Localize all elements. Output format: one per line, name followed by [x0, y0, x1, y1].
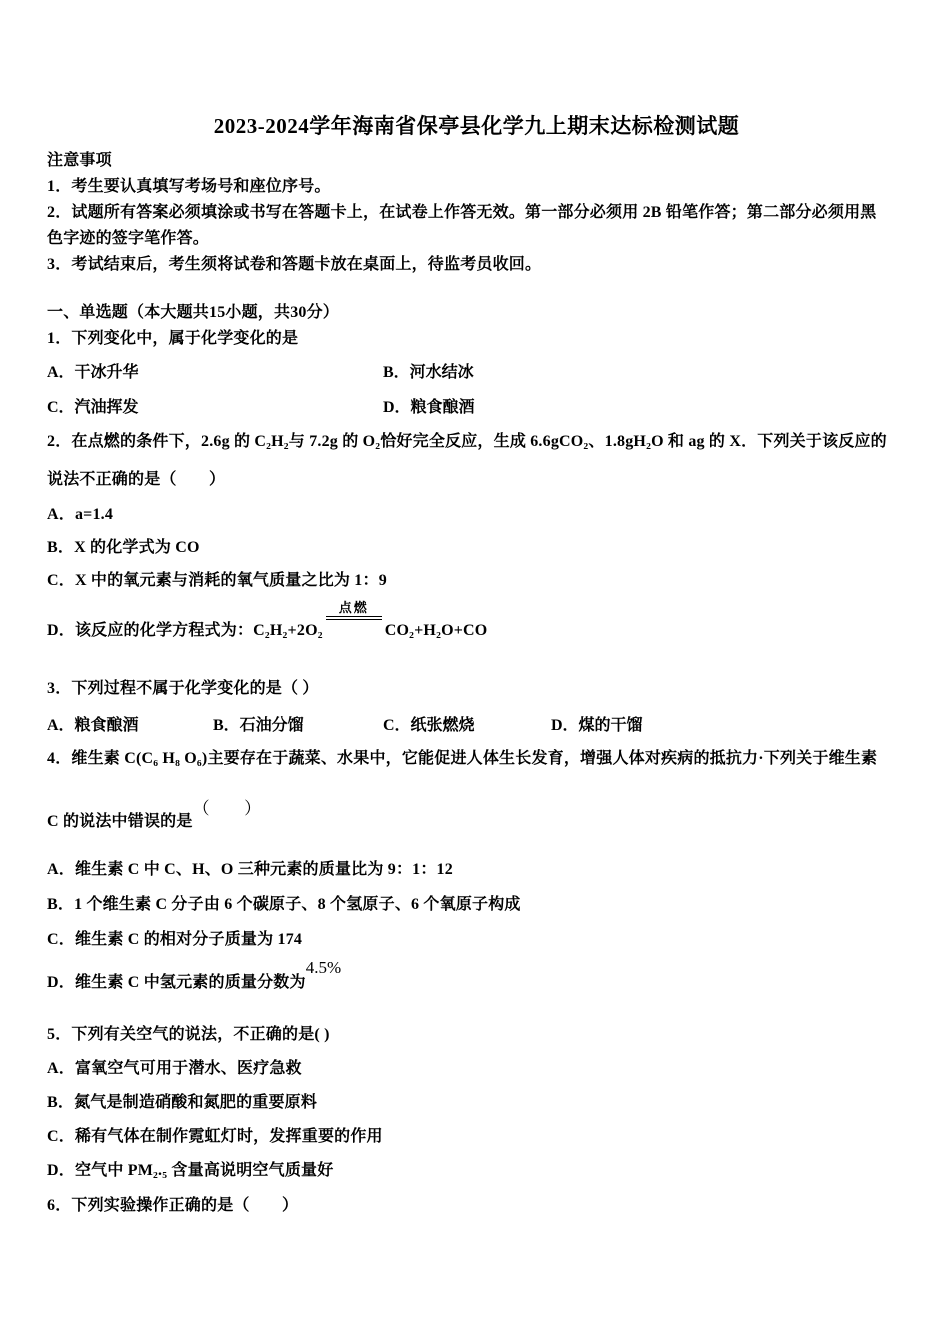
question-4: 4．维生素 C(C₆ H₈ O₆)主要存在于蔬菜、水果中，它能促进人体生长发育，… [47, 746, 906, 996]
notice-item-2-line-2: 色字迹的签字笔作答。 [47, 226, 906, 252]
question-5-option-d: D．空气中 PM₂.₅ 含量高说明空气质量好 [47, 1158, 906, 1184]
question-3-option-d: D．煤的干馏 [551, 713, 906, 739]
question-5-option-b: B．氮气是制造硝酸和氮肥的重要原料 [47, 1090, 906, 1116]
question-1-option-a: A．干冰升华 [47, 360, 383, 386]
question-4-option-a: A．维生素 C 中 C、H、O 三种元素的质量比为 9：1：12 [47, 857, 906, 883]
question-5: 5．下列有关空气的说法，不正确的是( ) A．富氧空气可用于潜水、医疗急救 B．… [47, 1022, 906, 1184]
question-4-option-d-text: D．维生素 C 中氢元素的质量分数为 [47, 974, 306, 991]
question-2-option-d-equation-right: CO₂+H₂O+CO [385, 622, 488, 639]
question-3-stem: 3．下列过程不属于化学变化的是（ ） [47, 676, 906, 702]
question-2-option-d-equation-left: D．该反应的化学方程式为：C₂H₂+2O₂ [47, 622, 323, 639]
notice-item-1: 1．考生要认真填写考场号和座位序号。 [47, 174, 906, 200]
question-4-option-d-value: 4.5% [306, 958, 341, 977]
question-1-options-row-1: A．干冰升华 B．河水结冰 [47, 360, 906, 386]
equation-double-line [326, 616, 382, 620]
question-4-answer-parens: （ ） [193, 799, 262, 818]
question-4-stem-line-2: C 的说法中错误的是（ ） [47, 808, 906, 835]
question-4-stem-line-1: 4．维生素 C(C₆ H₈ O₆)主要存在于蔬菜、水果中，它能促进人体生长发育，… [47, 746, 906, 772]
question-1-option-b: B．河水结冰 [383, 360, 906, 386]
question-1-options-row-2: C．汽油挥发 D．粮食酿酒 [47, 395, 906, 421]
question-2: 2．在点燃的条件下，2.6g 的 C₂H₂与 7.2g 的 O₂恰好完全反应，生… [47, 423, 906, 644]
question-2-option-a: A．a=1.4 [47, 502, 906, 528]
notice-section: 注意事项 1．考生要认真填写考场号和座位序号。 2．试题所有答案必须填涂或书写在… [47, 148, 906, 278]
question-6-stem: 6．下列实验操作正确的是（ ） [47, 1193, 906, 1219]
question-6: 6．下列实验操作正确的是（ ） [47, 1193, 906, 1219]
question-4-stem-line-2-text: C 的说法中错误的是 [47, 813, 193, 830]
question-5-option-a: A．富氧空气可用于潜水、医疗急救 [47, 1056, 906, 1082]
notice-heading: 注意事项 [47, 148, 906, 174]
question-5-option-c: C．稀有气体在制作霓虹灯时，发挥重要的作用 [47, 1124, 906, 1150]
question-4-option-b: B．1 个维生素 C 分子由 6 个碳原子、8 个氢原子、6 个氧原子构成 [47, 892, 906, 918]
question-1-stem: 1．下列变化中，属于化学变化的是 [47, 326, 906, 352]
question-1-option-c: C．汽油挥发 [47, 395, 383, 421]
question-2-option-c: C．X 中的氧元素与消耗的氧气质量之比为 1：9 [47, 568, 906, 594]
question-1: 1．下列变化中，属于化学变化的是 A．干冰升华 B．河水结冰 C．汽油挥发 D．… [47, 326, 906, 421]
question-2-option-b: B．X 的化学式为 CO [47, 535, 906, 561]
question-2-option-d: D．该反应的化学方程式为：C₂H₂+2O₂点燃CO₂+H₂O+CO [47, 615, 906, 644]
question-1-option-d: D．粮食酿酒 [383, 395, 906, 421]
question-4-option-d: D．维生素 C 中氢元素的质量分数为4.5% [47, 969, 906, 996]
question-3-option-b: B．石油分馏 [213, 713, 383, 739]
question-2-stem-line-2: 说法不正确的是（ ） [47, 461, 906, 499]
question-3-option-c: C．纸张燃烧 [383, 713, 551, 739]
question-3: 3．下列过程不属于化学变化的是（ ） A．粮食酿酒 B．石油分馏 C．纸张燃烧 … [47, 676, 906, 739]
question-2-stem-line-1: 2．在点燃的条件下，2.6g 的 C₂H₂与 7.2g 的 O₂恰好完全反应，生… [47, 423, 906, 461]
equation-condition-label: 点燃 [326, 600, 382, 616]
question-3-options: A．粮食酿酒 B．石油分馏 C．纸张燃烧 D．煤的干馏 [47, 713, 906, 739]
question-3-option-a: A．粮食酿酒 [47, 713, 213, 739]
page-title: 2023-2024学年海南省保亭县化学九上期末达标检测试题 [47, 111, 906, 141]
equation-condition-over-equals: 点燃 [326, 600, 382, 620]
exam-paper-page: 2023-2024学年海南省保亭县化学九上期末达标检测试题 注意事项 1．考生要… [0, 0, 950, 1344]
notice-item-2-line-1: 2．试题所有答案必须填涂或书写在答题卡上，在试卷上作答无效。第一部分必须用 2B… [47, 200, 906, 226]
question-4-option-c: C．维生素 C 的相对分子质量为 174 [47, 927, 906, 953]
question-5-stem: 5．下列有关空气的说法，不正确的是( ) [47, 1022, 906, 1048]
section-heading: 一、单选题（本大题共15小题，共30分） [47, 300, 906, 326]
notice-item-3: 3．考试结束后，考生须将试卷和答题卡放在桌面上，待监考员收回。 [47, 252, 906, 278]
